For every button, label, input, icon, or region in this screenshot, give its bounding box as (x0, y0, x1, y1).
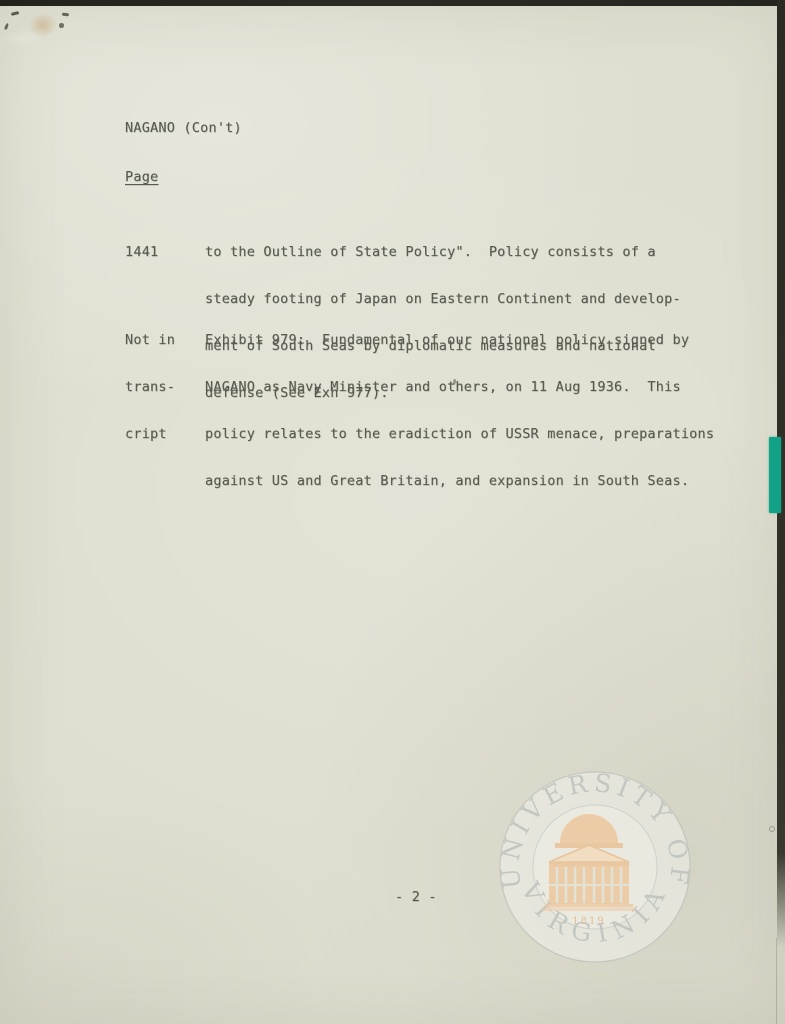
text-line: Not in (125, 333, 205, 349)
text-line: Exhibit 979: Fundamental of our national… (205, 333, 714, 349)
text-line: to the Outline of State Policy". Policy … (205, 245, 681, 261)
page-column-heading: Page (125, 170, 158, 186)
scan-edge-top (0, 0, 785, 6)
scanned-document-page: NAGANO (Con't) Page 1441 to the Outline … (0, 0, 785, 1024)
entry-text: Exhibit 979: Fundamental of our national… (205, 302, 714, 520)
paper-edge-line (776, 938, 777, 1024)
text-line: trans- (125, 380, 205, 396)
paper-speck (769, 826, 775, 832)
ink-mark (62, 13, 69, 16)
text-line: NAGANO as Navy Minister and others, on 1… (205, 380, 714, 396)
teal-highlight-mark (769, 437, 781, 513)
entry-page-label: Not in trans- cript (125, 302, 205, 520)
text-line: 1441 (125, 245, 205, 261)
text-line: cript (125, 427, 205, 443)
ink-mark (11, 11, 19, 15)
entry-not-in-transcript: Not in trans- cript Exhibit 979: Fundame… (125, 302, 714, 520)
stain-mark (2, 30, 46, 48)
uva-stamp: UNIVERSITY OF VIRGINIA (497, 769, 693, 965)
page-number: - 2 - (395, 890, 437, 906)
stamp-year: 1819 (572, 916, 605, 927)
text-line: against US and Great Britain, and expans… (205, 474, 714, 490)
text-line: policy relates to the eradiction of USSR… (205, 427, 714, 443)
ink-mark (59, 23, 64, 28)
document-header: NAGANO (Con't) (125, 121, 242, 137)
